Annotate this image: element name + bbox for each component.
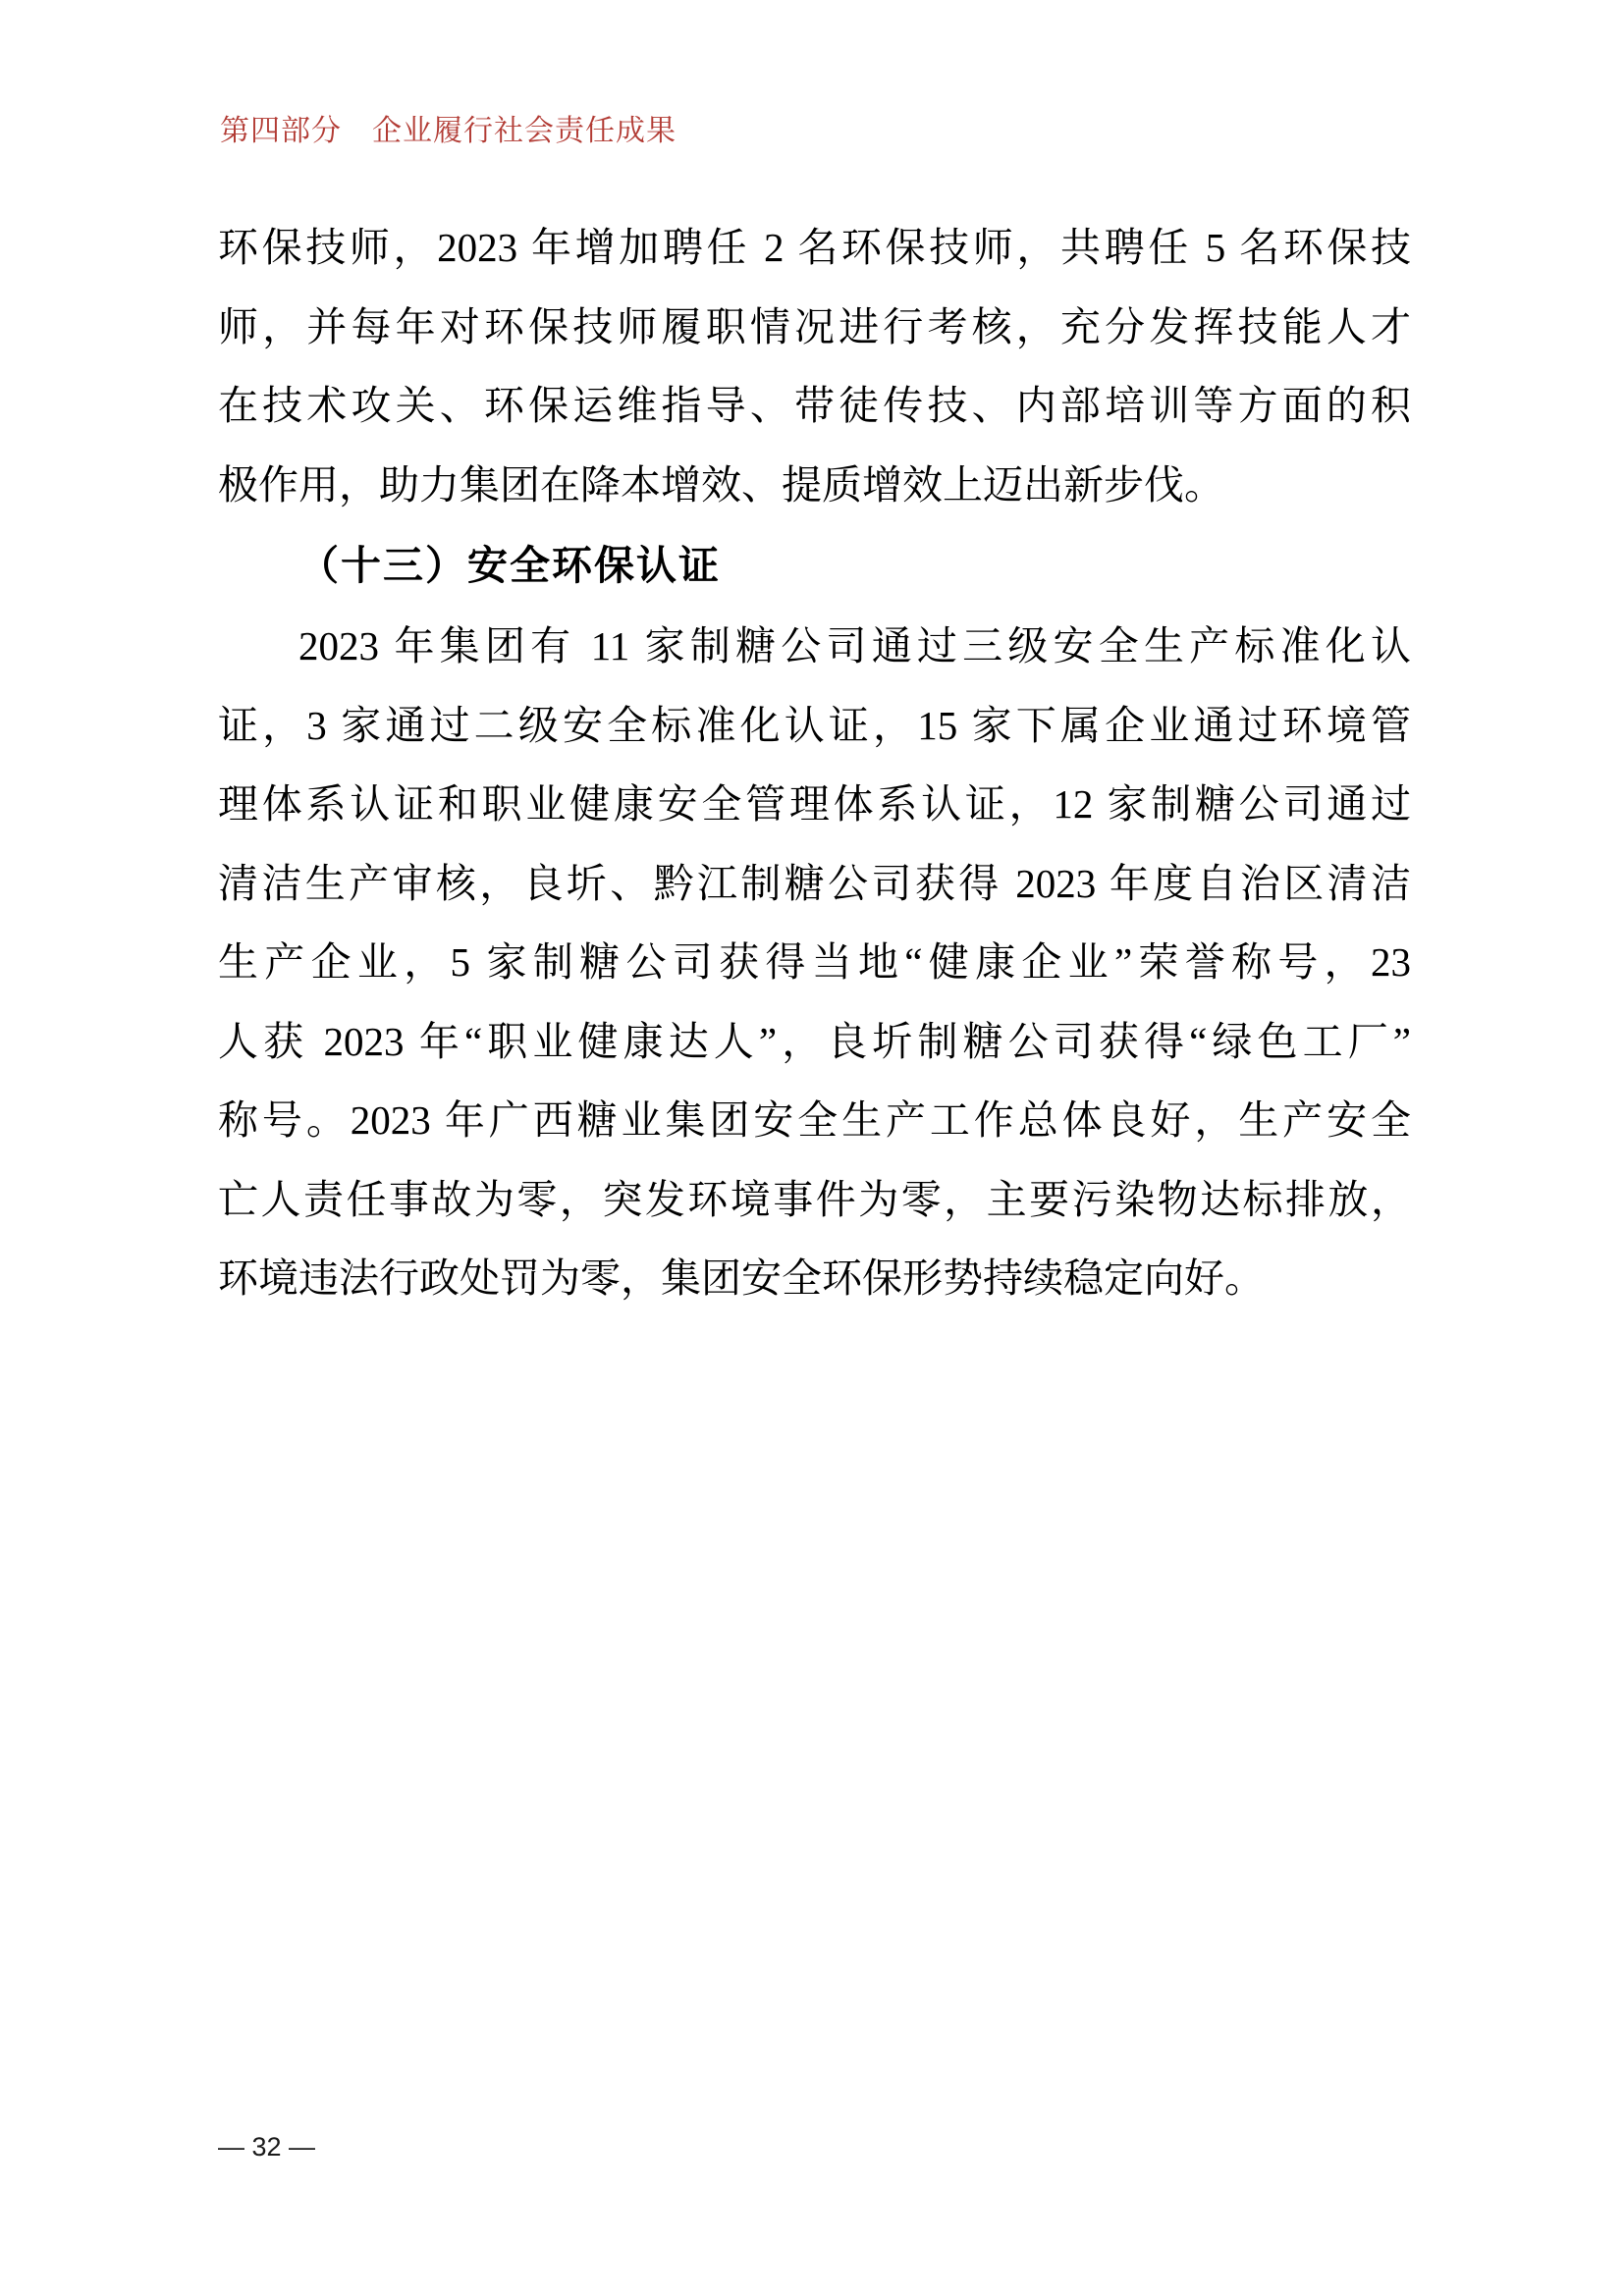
document-header-title: 第四部分 企业履行社会责任成果 — [220, 110, 677, 153]
text-line: 称号。2023 年广西糖业集团安全生产工作总体良好，生产安全 — [218, 1081, 1411, 1160]
paragraph: 2023 年集团有 11 家制糖公司通过三级安全生产标准化认 证，3 家通过二级… — [218, 607, 1411, 1318]
text-line: 2023 年集团有 11 家制糖公司通过三级安全生产标准化认 — [218, 607, 1411, 686]
document-page: 第四部分 企业履行社会责任成果 环保技师，2023 年增加聘任 2 名环保技师，… — [0, 0, 1624, 2296]
text-line: 理体系认证和职业健康安全管理体系认证，12 家制糖公司通过 — [218, 765, 1411, 844]
page-number: — 32 — — [218, 2132, 315, 2163]
text-line: 师，并每年对环保技师履职情况进行考核，充分发挥技能人才 — [218, 288, 1411, 367]
text-line: 亡人责任事故为零，突发环境事件为零，主要污染物达标排放， — [218, 1160, 1411, 1240]
text-line: 生产企业，5 家制糖公司获得当地“健康企业”荣誉称号，23 — [218, 923, 1411, 1002]
text-line: 人获 2023 年“职业健康达人”，良圻制糖公司获得“绿色工厂” — [218, 1002, 1411, 1082]
section-heading: （十三）安全环保认证 — [218, 524, 1411, 607]
paragraph: 环保技师，2023 年增加聘任 2 名环保技师，共聘任 5 名环保技 师，并每年… — [218, 208, 1411, 524]
text-line: 在技术攻关、环保运维指导、带徒传技、内部培训等方面的积 — [218, 366, 1411, 446]
text-line: 清洁生产审核，良圻、黔江制糖公司获得 2023 年度自治区清洁 — [218, 844, 1411, 924]
document-body: 环保技师，2023 年增加聘任 2 名环保技师，共聘任 5 名环保技 师，并每年… — [218, 208, 1411, 1318]
text-line: 环境违法行政处罚为零，集团安全环保形势持续稳定向好。 — [218, 1239, 1411, 1318]
text-line: 环保技师，2023 年增加聘任 2 名环保技师，共聘任 5 名环保技 — [218, 208, 1411, 288]
text-line: 证，3 家通过二级安全标准化认证，15 家下属企业通过环境管 — [218, 686, 1411, 766]
text-line: 极作用，助力集团在降本增效、提质增效上迈出新步伐。 — [218, 446, 1411, 525]
